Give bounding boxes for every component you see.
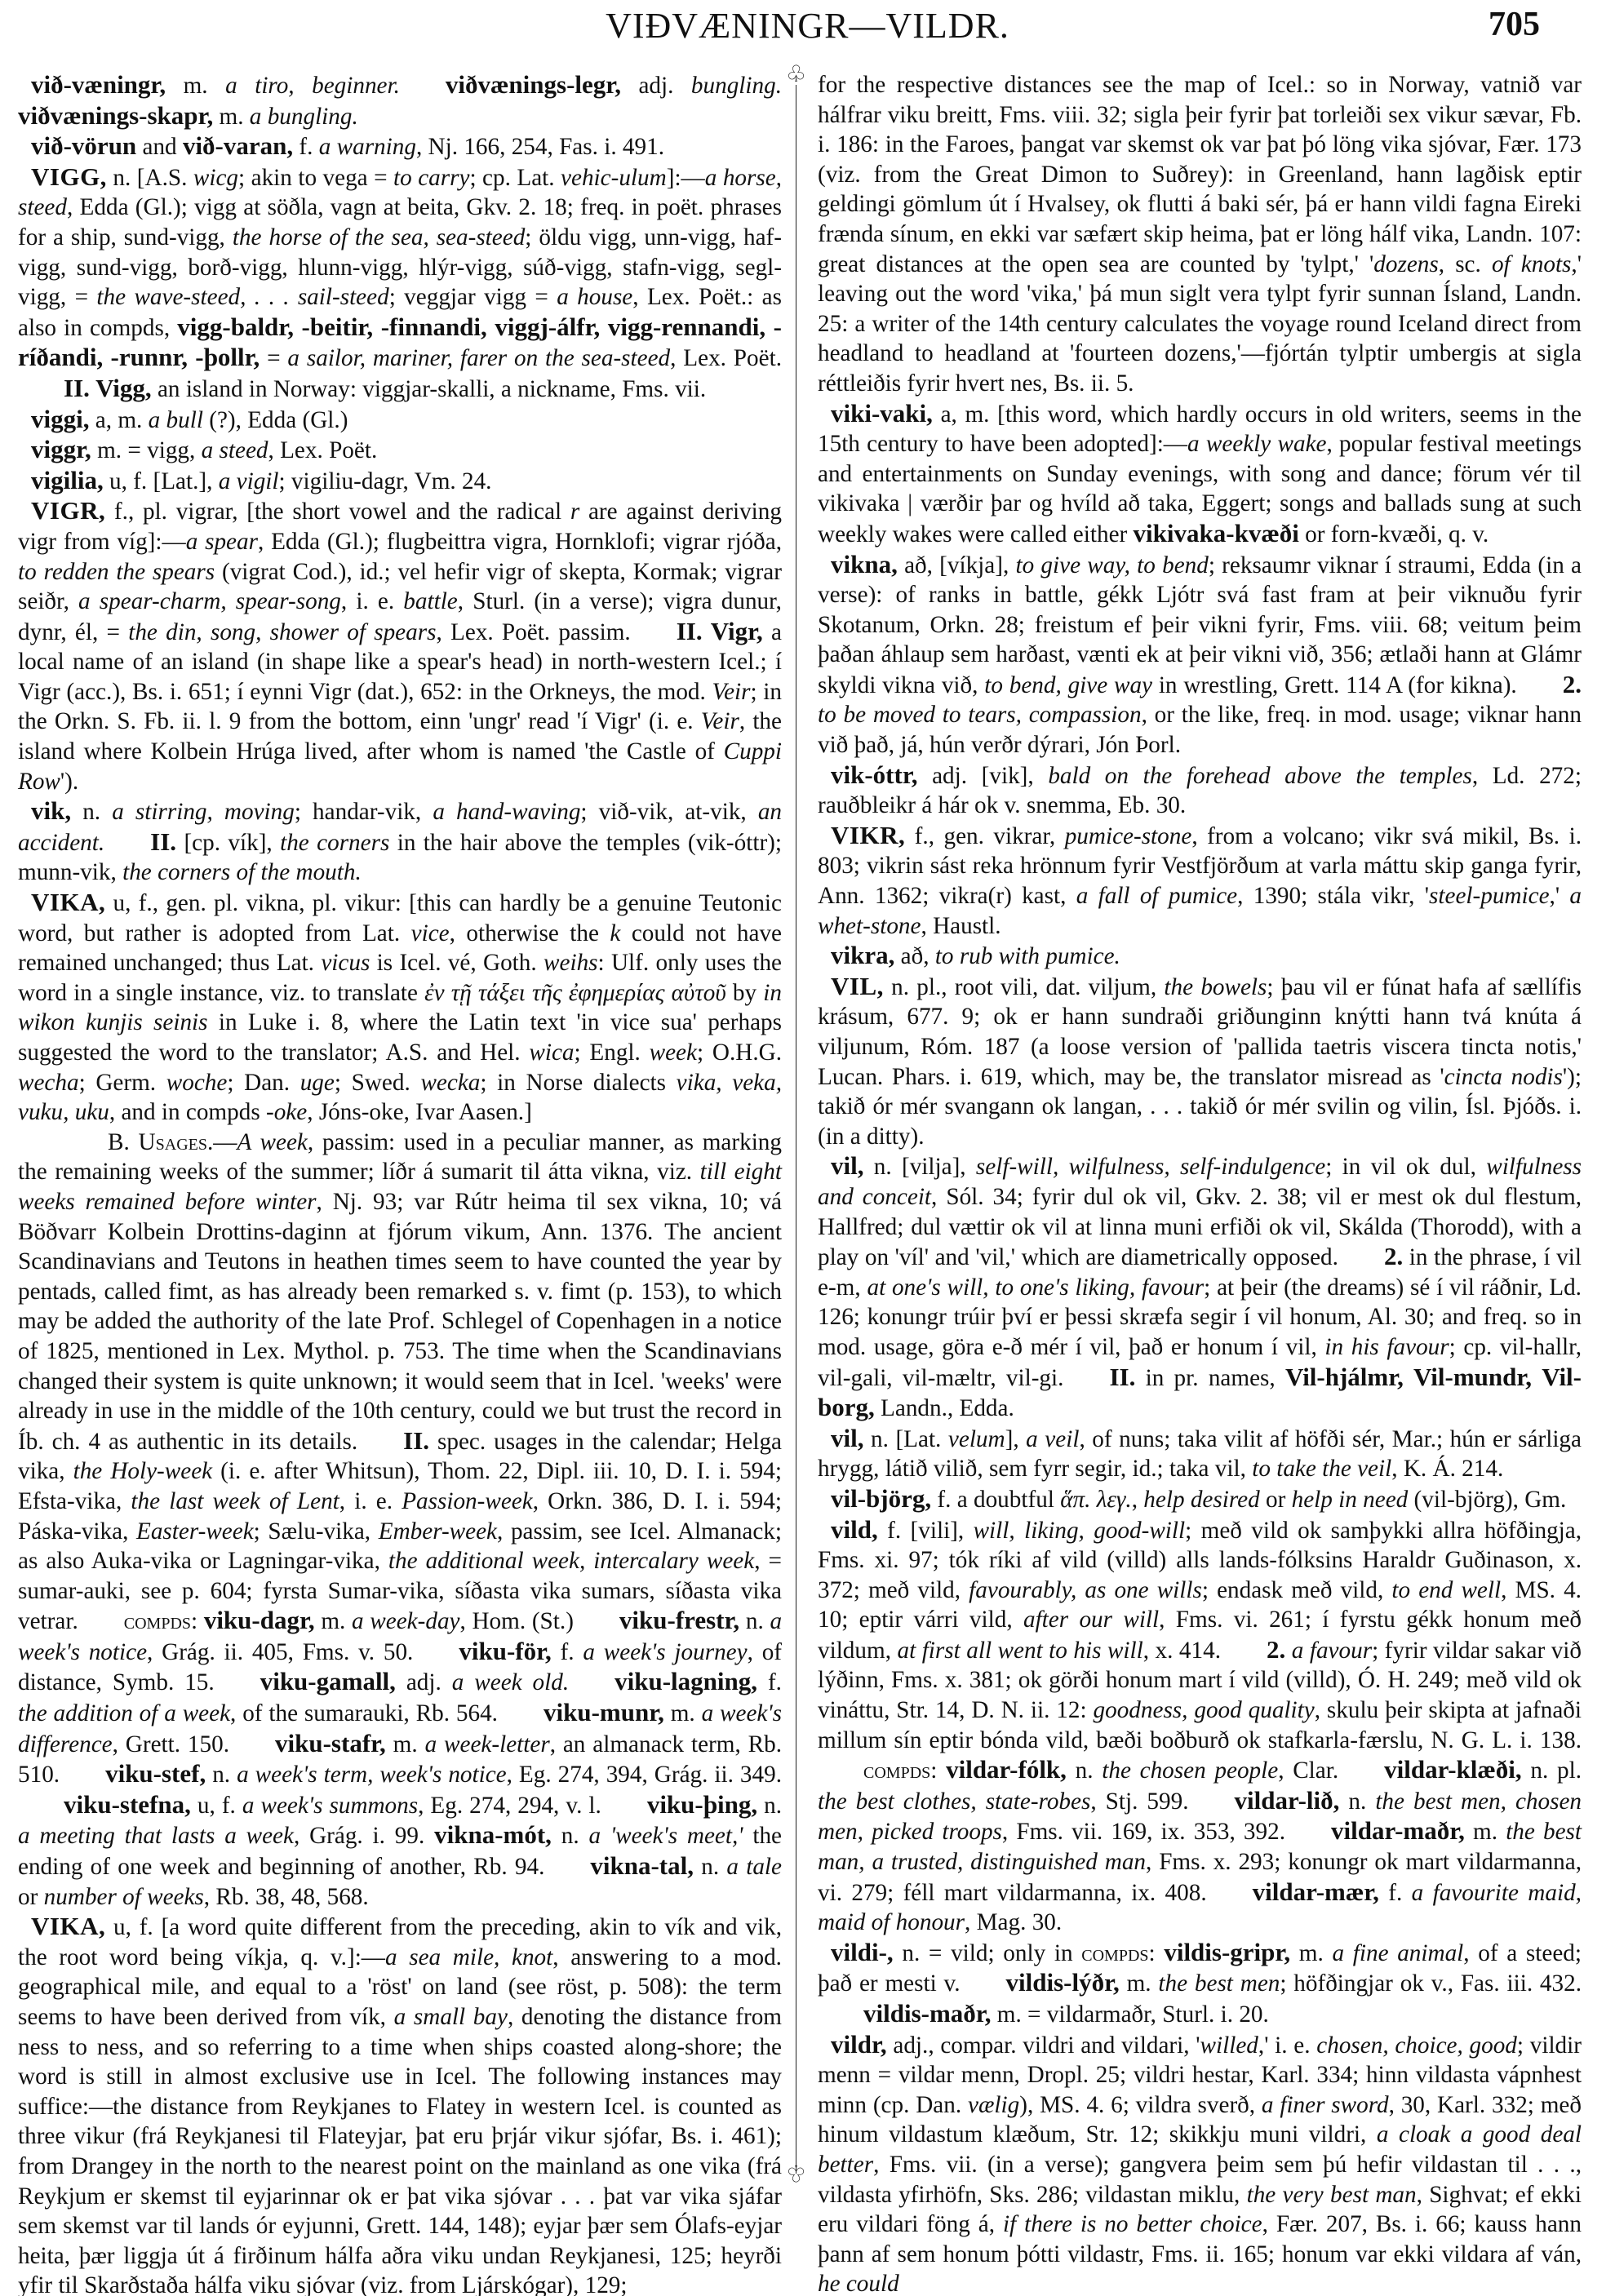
- gloss-italic: vælig: [968, 2092, 1019, 2118]
- headword-capital: VIGG,: [31, 162, 107, 191]
- gloss-italic: a spear-charm, spear-song: [78, 588, 341, 614]
- headword: vil,: [831, 1424, 863, 1452]
- entry-text: , Grág. i. 99.: [294, 1823, 434, 1849]
- entry-text: m.: [1465, 1819, 1506, 1845]
- gloss-italic: ἐν τῇ τάξει τῆς ἐφημερίας αὐτοῦ: [424, 980, 726, 1006]
- dictionary-entry-vild: vild, f. [vili], will, liking, good-will…: [818, 1515, 1582, 1938]
- gloss-italic: the very best man: [1247, 2182, 1417, 2208]
- entry-text: ; Dan.: [227, 1070, 299, 1096]
- gloss-italic: Veir: [701, 708, 739, 734]
- headword: viku-þing,: [647, 1790, 757, 1819]
- gloss-italic: the additional week, intercalary week: [388, 1548, 754, 1574]
- entry-text: adj., compar. vildri and vildari, ': [887, 2032, 1200, 2059]
- gloss-italic: wecha: [18, 1070, 79, 1096]
- dictionary-entry-viggi: viggi, a, m. a bull (?), Edda (Gl.): [18, 405, 782, 436]
- headword: viku-frestr,: [619, 1606, 739, 1634]
- gloss-italic: help desired: [1143, 1487, 1259, 1513]
- gloss-italic: self-will, wilfulness, self-indulgence: [976, 1154, 1325, 1180]
- entry-text: n.: [757, 1793, 782, 1819]
- headword: vikna-tal,: [590, 1851, 694, 1880]
- entry-text: .—: [207, 1129, 237, 1155]
- entry-text: ,: [1132, 1487, 1144, 1513]
- entry-text: , x. 414.: [1143, 1638, 1221, 1664]
- gloss-italic: in his favour: [1324, 1334, 1449, 1360]
- entry-text: m. = vigg,: [91, 437, 202, 463]
- entry-text: ; höfðingjar ok v., Fas. iii. 432.: [1280, 1970, 1582, 1997]
- entry-text: ; veggjar vigg =: [389, 284, 557, 310]
- dictionary-entry-vika-2-cont: for the respective distances see the map…: [818, 70, 1582, 399]
- small-caps-label: compds: [124, 1608, 191, 1634]
- dictionary-entry-vik-ottr: vik-óttr, adj. [vik], bald on the forehe…: [818, 760, 1582, 821]
- entry-text: for the respective distances see the map…: [818, 72, 1582, 277]
- gloss-italic: number of weeks: [44, 1884, 204, 1910]
- gloss-italic: the bowels: [1164, 974, 1267, 1000]
- left-column: við-væningr, m. a tiro, beginner.viðvæni…: [18, 70, 782, 2296]
- gloss-italic: to rub with pumice.: [935, 943, 1120, 969]
- headword: viku-för,: [459, 1637, 551, 1665]
- headword: II. Vigr,: [677, 617, 763, 645]
- entry-text: , of the sumarauki, Rb. 564.: [230, 1700, 498, 1726]
- gloss-italic: uge: [300, 1070, 335, 1096]
- entry-text: f.: [1379, 1880, 1412, 1906]
- headword: við-væningr,: [31, 70, 166, 99]
- dictionary-entry-vik: vik, n. a stirring, moving; handar-vik, …: [18, 796, 782, 888]
- gloss-italic: a veil: [1026, 1426, 1079, 1452]
- headword: vildis-gripr,: [1164, 1938, 1290, 1966]
- headword: vikra,: [831, 941, 894, 969]
- entry-text: ; við-vik, at-vik,: [580, 799, 757, 825]
- entry-text: Landn., Edda.: [875, 1395, 1014, 1421]
- gloss-italic: the chosen people: [1102, 1757, 1278, 1784]
- headword: viku-munr,: [544, 1698, 664, 1726]
- gloss-italic: a bull: [149, 407, 203, 433]
- entry-text: , Eg. 274, 394, Grág. ii. 349.: [507, 1762, 782, 1788]
- entry-text: n.: [1339, 1788, 1375, 1815]
- gloss-italic: goodness, good quality: [1094, 1697, 1315, 1723]
- gloss-italic: wicg: [193, 165, 238, 191]
- entry-text: m.: [166, 73, 225, 99]
- gloss-italic: a fall of pumice: [1076, 883, 1237, 909]
- headword: vildis-lýðr,: [1006, 1968, 1120, 1997]
- gloss-italic: a hand-waving: [433, 799, 580, 825]
- entry-text: ],: [1005, 1426, 1027, 1452]
- entry-text: ]:—: [667, 165, 705, 191]
- gloss-italic: steel-pumice: [1429, 883, 1550, 909]
- gloss-italic: k: [610, 920, 620, 946]
- entry-text: n. pl.: [1522, 1757, 1582, 1784]
- entry-text: , i. e.: [339, 1488, 402, 1514]
- entry-text: m.: [213, 104, 250, 130]
- entry-text: :: [930, 1757, 946, 1784]
- entry-text: , K. Á. 214.: [1391, 1456, 1503, 1482]
- gloss-italic: cincta nodis: [1444, 1064, 1563, 1090]
- column-ornament-top-icon: ♧: [786, 64, 806, 86]
- gloss-italic: chosen, choice, good: [1316, 2032, 1517, 2059]
- small-caps-label: Usages: [139, 1129, 207, 1155]
- entry-text: að, [víkja],: [898, 552, 1016, 578]
- entry-text: (vil-björg), Gm.: [1408, 1487, 1566, 1513]
- headword: viku-lagning,: [614, 1667, 757, 1695]
- headword: vildar-mær,: [1253, 1877, 1379, 1906]
- entry-text: ').: [60, 769, 78, 795]
- entry-text: ; handar-vik,: [295, 799, 433, 825]
- gloss-italic: the horse of the sea, sea-steed: [233, 224, 525, 250]
- entry-text: ; in Norse dialects: [480, 1070, 676, 1096]
- gloss-italic: a meeting that lasts a week: [18, 1823, 294, 1849]
- entry-text: [1285, 1638, 1292, 1664]
- entry-text: , Lex. Poët.: [670, 345, 782, 371]
- entry-text: a, m.: [89, 407, 148, 433]
- headword: II. Vigg,: [64, 374, 152, 402]
- entry-text: (?), Edda (Gl.): [203, 407, 348, 433]
- gloss-italic: a vigil: [219, 468, 279, 494]
- gloss-italic: a weekly wake: [1187, 431, 1326, 457]
- gloss-italic: ἅπ. λεγ.: [1060, 1487, 1131, 1513]
- page-number: 705: [1489, 5, 1540, 44]
- gloss-italic: wica: [529, 1039, 574, 1066]
- headword: II.: [1109, 1363, 1135, 1391]
- entry-text: ; cp. Lat.: [469, 165, 561, 191]
- entry-text: m.: [1290, 1940, 1332, 1966]
- gloss-italic: Veir: [712, 679, 750, 705]
- entry-text: f.: [293, 134, 319, 160]
- entry-text: ), MS. 4. 6; vildra sverð,: [1019, 2092, 1262, 2118]
- entry-text: ; Swed.: [335, 1070, 421, 1096]
- page-header: VIÐVÆNINGR—VILDR. 705: [0, 5, 1615, 54]
- gloss-italic: he could: [818, 2271, 899, 2296]
- gloss-italic: a week's journey: [583, 1639, 747, 1665]
- dictionary-entry-vikna: vikna, að, [víkja], to give way, to bend…: [818, 550, 1582, 760]
- entry-text: , Clar.: [1278, 1757, 1338, 1784]
- entry-text: , i. e.: [341, 588, 403, 614]
- entry-text: ; in vil ok dul,: [1325, 1154, 1486, 1180]
- entry-text: n. [A.S.: [107, 165, 193, 191]
- headword: vikivaka-kvæði: [1134, 519, 1299, 547]
- headword: við-varan,: [183, 131, 293, 160]
- headword: vik,: [31, 796, 71, 825]
- headword: 2.: [1384, 1242, 1403, 1270]
- dictionary-entry-vigr: VIGR, f., pl. vigrar, [the short vowel a…: [18, 496, 782, 796]
- small-caps-label: compds: [1081, 1940, 1148, 1966]
- gloss-italic: the din, song, shower of spears: [128, 619, 436, 645]
- entry-text: and: [136, 134, 183, 160]
- gloss-italic: help in need: [1292, 1487, 1409, 1513]
- dictionary-entry-vid-vorun: við-vörun and við-varan, f. a warning, N…: [18, 131, 782, 162]
- entry-text: B.: [108, 1129, 139, 1155]
- entry-text: f., pl. vigrar, [the short vowel and the…: [105, 499, 570, 525]
- headword: vildar-fólk,: [946, 1755, 1067, 1784]
- entry-text: adj.: [396, 1669, 452, 1695]
- gloss-italic: a tiro, beginner.: [225, 73, 400, 99]
- entry-text: f. [vili],: [878, 1518, 974, 1544]
- gloss-italic: at first all went to his will: [898, 1638, 1143, 1664]
- dictionary-entry-vika-1: VIKA, u, f., gen. pl. vikna, pl. vikur: …: [18, 888, 782, 1128]
- dictionary-entry-vigilia: vigilia, u, f. [Lat.], a vigil; vigiliu-…: [18, 466, 782, 497]
- gloss-italic: wecka: [420, 1070, 480, 1096]
- headword: vildar-maðr,: [1331, 1816, 1465, 1845]
- gloss-italic: to carry: [393, 165, 469, 191]
- gloss-italic: to bend, give way: [984, 672, 1152, 698]
- entry-text: n. [vilja],: [863, 1154, 975, 1180]
- headword: vild,: [831, 1515, 878, 1544]
- gloss-italic: a sea mile, knot: [385, 1944, 552, 1970]
- dictionary-entry-vika-usages: B. Usages.—A week, passim: used in a pec…: [18, 1128, 782, 1912]
- entry-text: or: [18, 1884, 44, 1910]
- gloss-italic: a finer sword: [1262, 2092, 1389, 2118]
- headword: viðvænings-legr,: [446, 70, 621, 99]
- entry-text: , sc.: [1439, 251, 1492, 277]
- entry-text: , Nj. 166, 254, Fas. i. 491.: [416, 134, 664, 160]
- small-caps-label: compds: [863, 1757, 930, 1784]
- headword: II.: [403, 1426, 429, 1455]
- gloss-italic: a week-letter: [425, 1731, 550, 1757]
- gloss-italic: velum: [948, 1426, 1005, 1452]
- dictionary-entry-vika-2: VIKA, u, f. [a word quite different from…: [18, 1912, 782, 2296]
- headword: viku-stafr,: [275, 1729, 386, 1757]
- gloss-italic: willed: [1200, 2032, 1258, 2059]
- entry-text: , Grett. 150.: [113, 1731, 229, 1757]
- entry-text: , Grág. ii. 405, Fms. v. 50.: [147, 1639, 413, 1665]
- column-divider: [796, 85, 796, 2174]
- entry-text: , Eg. 274, 294, v. l.: [418, 1793, 601, 1819]
- dictionary-entry-vil-veil: vil, n. [Lat. velum], a veil, of nuns; t…: [818, 1424, 1582, 1484]
- entry-text: n.: [552, 1823, 589, 1849]
- gloss-italic: a bungling.: [250, 104, 358, 130]
- headword: við-vörun: [31, 131, 136, 160]
- gloss-italic: dozens: [1373, 251, 1438, 277]
- running-title: VIÐVÆNINGR—VILDR.: [0, 5, 1615, 47]
- entry-text: n.: [1067, 1757, 1102, 1784]
- entry-text: ,': [1550, 883, 1570, 909]
- gloss-italic: the corners: [280, 830, 389, 856]
- entry-text: , Stj. 599.: [1090, 1788, 1188, 1815]
- entry-text: , Fms. vii. 169, ix. 353, 392.: [1002, 1819, 1285, 1845]
- dictionary-entry-vikra: vikra, að, to rub with pumice.: [818, 941, 1582, 972]
- gloss-italic: the best clothes, state-robes: [818, 1788, 1090, 1815]
- gloss-italic: a tale: [726, 1854, 782, 1880]
- gloss-italic: battle: [403, 588, 457, 614]
- gloss-italic: a small bay: [394, 2004, 508, 2030]
- headword: vildi-,: [831, 1938, 894, 1966]
- gloss-italic: vehic-ulum: [561, 165, 667, 191]
- gloss-italic: after our will: [1023, 1607, 1159, 1633]
- headword: viki-vaki,: [831, 399, 933, 428]
- headword-capital: VIGR,: [31, 496, 105, 525]
- entry-text: n. [Lat.: [863, 1426, 947, 1452]
- headword: viku-dagr,: [204, 1606, 315, 1634]
- dictionary-entry-vil-bjorg: vil-björg, f. a doubtful ἅπ. λεγ., help …: [818, 1484, 1582, 1515]
- gloss-italic: woche: [166, 1070, 228, 1096]
- entry-text: , otherwise the: [450, 920, 610, 946]
- dictionary-entry-vikr: VIKR, f., gen. vikrar, pumice-stone, fro…: [818, 821, 1582, 941]
- gloss-italic: week: [650, 1039, 697, 1066]
- entry-text: ; Sælu-vika,: [254, 1518, 379, 1545]
- gloss-italic: favourably, as one wills: [969, 1577, 1202, 1603]
- entry-text: n.: [739, 1608, 770, 1634]
- entry-text: adj. [vik],: [918, 763, 1049, 789]
- gloss-italic: a steed: [202, 437, 268, 463]
- headword: vildar-klæði,: [1384, 1755, 1522, 1784]
- entry-text: , Haustl.: [921, 913, 1001, 939]
- entry-text: n.: [694, 1854, 726, 1880]
- entry-text: f.: [757, 1669, 782, 1695]
- headword: viku-gamall,: [260, 1667, 396, 1695]
- gloss-italic: a week's term, week's notice: [237, 1762, 507, 1788]
- entry-text: ; akin to vega =: [238, 165, 393, 191]
- entry-text: or: [1260, 1487, 1292, 1513]
- gloss-italic: the last week of Lent: [131, 1488, 339, 1514]
- entry-text: m.: [1120, 1970, 1159, 1997]
- headword: vikna,: [831, 550, 898, 578]
- gloss-italic: bald on the forehead above the temples: [1048, 763, 1472, 789]
- gloss-italic: pumice-stone: [1065, 823, 1192, 849]
- entry-text: , Mag. 30.: [965, 1909, 1062, 1935]
- entry-text: n. = vild; only in: [894, 1940, 1082, 1966]
- gloss-italic: a week old.: [452, 1669, 569, 1695]
- gloss-italic: Ember-week: [379, 1518, 497, 1545]
- headword: viðvænings-skapr,: [18, 101, 213, 130]
- gloss-italic: the corners of the mouth.: [122, 859, 362, 885]
- headword-capital: VIKA,: [31, 1912, 105, 1940]
- gloss-italic: if there is no better choice: [1003, 2211, 1262, 2237]
- entry-text: , Rb. 38, 48, 568.: [204, 1884, 369, 1910]
- entry-text: ,' i. e.: [1258, 2032, 1316, 2059]
- headword-capital: VIKR,: [831, 821, 905, 849]
- entry-text: m.: [386, 1731, 425, 1757]
- headword: 2.: [1267, 1635, 1285, 1664]
- gloss-italic: vicus: [321, 950, 370, 976]
- entry-text: u, f. [Lat.],: [104, 468, 219, 494]
- entry-text: m.: [664, 1700, 702, 1726]
- gloss-italic: a week-day: [352, 1608, 459, 1634]
- dictionary-entry-viki-vaki: viki-vaki, a, m. [this word, which hardl…: [818, 399, 1582, 550]
- dictionary-entry-vil-will: vil, n. [vilja], self-will, wilfulness, …: [818, 1151, 1582, 1423]
- gloss-italic: r: [570, 499, 579, 525]
- headword: vildar-lið,: [1235, 1786, 1340, 1815]
- headword: vildr,: [831, 2030, 887, 2059]
- gloss-italic: to redden the spears: [18, 559, 215, 585]
- headword: vil,: [831, 1151, 863, 1180]
- gloss-italic: a 'week's meet,': [588, 1823, 743, 1849]
- entry-text: is Icel. vé, Goth.: [370, 950, 544, 976]
- entry-text: u, f.: [191, 1793, 242, 1819]
- gloss-italic: a house: [557, 284, 632, 310]
- gloss-italic: to give way, to bend: [1015, 552, 1208, 578]
- entry-text: =: [260, 345, 287, 371]
- entry-text: :: [1149, 1940, 1165, 1966]
- dictionary-entry-viggr: viggr, m. = vigg, a steed, Lex. Poët.: [18, 435, 782, 466]
- gloss-italic: of knots: [1492, 251, 1571, 277]
- gloss-italic: weihs: [544, 950, 597, 976]
- gloss-italic: a warning: [319, 134, 416, 160]
- headword: viku-stefna,: [64, 1790, 191, 1819]
- gloss-italic: bungling.: [691, 73, 782, 99]
- gloss-italic: will, liking, good-will: [974, 1518, 1186, 1544]
- column-ornament-bottom-icon: ♧: [786, 2161, 806, 2183]
- gloss-italic: a stirring, moving: [112, 799, 295, 825]
- gloss-italic: Passion-week: [402, 1488, 533, 1514]
- entry-text: in pr. names,: [1135, 1365, 1285, 1391]
- gloss-italic: the best men: [1158, 1970, 1280, 1997]
- headword: II.: [150, 827, 176, 856]
- entry-text: :: [191, 1608, 204, 1634]
- gloss-italic: a favour: [1292, 1638, 1372, 1664]
- gloss-italic: a sailor, mariner, farer on the sea-stee…: [287, 345, 670, 371]
- entry-text: , Hom. (St.): [460, 1608, 574, 1634]
- entry-text: f.: [552, 1639, 583, 1665]
- dictionary-entry-vigg: VIGG, n. [A.S. wicg; akin to vega = to c…: [18, 162, 782, 405]
- headword: 2.: [1563, 670, 1582, 698]
- entry-text: ; O.H.G.: [697, 1039, 782, 1066]
- gloss-italic: at one's will, to one's liking, favour: [867, 1274, 1204, 1301]
- gloss-italic: to end well: [1391, 1577, 1501, 1603]
- entry-text: m.: [315, 1608, 352, 1634]
- entry-text: [cp. vík],: [176, 830, 280, 856]
- gloss-italic: the Holy-week: [73, 1458, 213, 1484]
- entry-text: , Lex. Poët.: [268, 437, 378, 463]
- entry-text: , and in compds: [109, 1099, 266, 1125]
- dictionary-entry-vildi: vildi-, n. = vild; only in compds: vildi…: [818, 1938, 1582, 2030]
- entry-text: , denoting the distance from ness to nes…: [18, 2004, 782, 2296]
- gloss-italic: a week's summons: [242, 1793, 418, 1819]
- headword-capital: VIL,: [831, 972, 884, 1000]
- entry-text: ; Germ.: [79, 1070, 166, 1096]
- headword: vikna-mót,: [434, 1820, 552, 1849]
- gloss-italic: vice: [411, 920, 450, 946]
- headword: viggr,: [31, 435, 91, 463]
- headword: viggi,: [31, 405, 89, 433]
- headword: vildis-maðr,: [863, 1999, 991, 2028]
- entry-text: in wrestling, Grett. 114 A (for kikna).: [1152, 672, 1517, 698]
- gloss-italic: A week: [237, 1129, 307, 1155]
- entry-text: n.: [206, 1762, 237, 1788]
- headword: vigilia,: [31, 466, 104, 494]
- gloss-italic: a spear: [186, 529, 258, 555]
- gloss-italic: the wave-steed, . . . sail-steed: [96, 284, 388, 310]
- entry-text: , Edda (Gl.); flugbeittra vigra, Hornklo…: [258, 529, 782, 555]
- entry-text: , Jóns-oke, Ivar Aasen.]: [307, 1099, 532, 1125]
- dictionary-entry-vildr: vildr, adj., compar. vildri and vildari,…: [818, 2030, 1582, 2296]
- entry-text: , 1390; stála vikr, ': [1237, 883, 1429, 909]
- entry-text: by: [726, 980, 764, 1006]
- gloss-italic: the addition of a week: [18, 1700, 230, 1726]
- entry-text: f. a doubtful: [931, 1487, 1060, 1513]
- gloss-italic: Easter-week: [136, 1518, 254, 1545]
- entry-text: , Lex. Poët. passim.: [436, 619, 630, 645]
- entry-text: adj.: [621, 73, 691, 99]
- gloss-italic: to take the veil: [1252, 1456, 1391, 1482]
- gloss-italic: a fine animal: [1332, 1940, 1463, 1966]
- headword: vik-óttr,: [831, 760, 918, 789]
- headword-capital: VIKA,: [31, 888, 105, 916]
- gloss-italic: to be moved to tears, compassion: [818, 702, 1142, 728]
- entry-text: n.: [71, 799, 112, 825]
- gloss-italic: -oke: [266, 1099, 307, 1125]
- entry-text: m. = vildarmaðr, Sturl. i. 20.: [991, 2001, 1268, 2028]
- right-column: for the respective distances see the map…: [818, 70, 1582, 2296]
- entry-text: ; vigiliu-dagr, Vm. 24.: [279, 468, 492, 494]
- entry-text: n. pl., root vili, dat. viljum,: [884, 974, 1165, 1000]
- dictionary-entry-vid-vaeningr: við-væningr, m. a tiro, beginner.viðvæni…: [18, 70, 782, 131]
- entry-text: ; endask með vild,: [1202, 1577, 1392, 1603]
- dictionary-entry-vil-bowels: VIL, n. pl., root vili, dat. viljum, the…: [818, 972, 1582, 1152]
- entry-text: , Nj. 93; var Rútr heima til sex vikna, …: [18, 1189, 782, 1455]
- headword: viku-stef,: [105, 1759, 206, 1788]
- headword: vil-björg,: [831, 1484, 931, 1513]
- entry-text: að,: [894, 943, 934, 969]
- entry-text: ; Engl.: [575, 1039, 650, 1066]
- entry-text: f., gen. vikrar,: [905, 823, 1064, 849]
